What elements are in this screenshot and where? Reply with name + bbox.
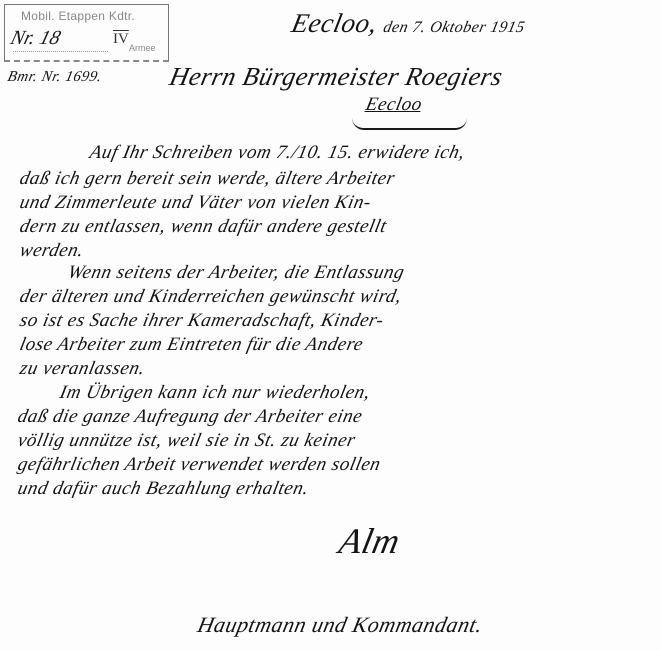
stamp-title: Mobil. Etappen Kdtr. <box>21 9 135 23</box>
body-line: und Zimmerleute und Väter von vielen Kin… <box>18 192 374 214</box>
body-line: zu veranlassen. <box>18 358 147 380</box>
body-line: daß die ganze Aufregung der Arbeiter ein… <box>16 406 365 428</box>
closing-title: Hauptmann und Kommandant. <box>195 612 485 638</box>
body-line: lose Arbeiter zum Eintreten für die Ande… <box>18 334 366 356</box>
signature: Alm <box>336 520 404 562</box>
place: Eecloo, <box>289 8 381 38</box>
body-line: dern zu entlassen, wenn dafür andere ges… <box>18 216 389 238</box>
date: den 7. Oktober 1915 <box>382 19 527 36</box>
underline-flourish <box>352 118 467 130</box>
body-line: völlig unnütze ist, weil sie in St. zu k… <box>16 430 358 452</box>
body-line: und dafür auch Bezahlung erhalten. <box>16 478 311 500</box>
letter-page: Mobil. Etappen Kdtr. Nr. 18 IV Armee Eec… <box>0 0 661 650</box>
body-line: Im Übrigen kann ich nur wiederholen, <box>58 382 373 404</box>
addressee-place: Eecloo <box>364 94 424 116</box>
stamp-number: Nr. 18 <box>8 27 63 50</box>
body-line: Auf Ihr Schreiben vom 7./10. 15. erwider… <box>88 142 467 164</box>
body-line: gefährlichen Arbeit verwendet werden sol… <box>16 454 383 476</box>
stamp-army-label: Armee <box>129 43 156 53</box>
stamp-army-number: IV <box>113 31 129 48</box>
stamp-dotted-rule <box>13 51 108 52</box>
reference-number: Bmr. Nr. 1699. <box>6 64 105 87</box>
body-line: Wenn seitens der Arbeiter, die Entlassun… <box>66 262 407 284</box>
body-line: daß ich gern bereit sein werde, ältere A… <box>18 168 397 190</box>
body-line: der älteren und Kinderreichen gewünscht … <box>18 286 404 308</box>
office-stamp: Mobil. Etappen Kdtr. Nr. 18 IV Armee <box>4 4 169 62</box>
body-line: so ist es Sache ihrer Kameradschaft, Kin… <box>18 310 386 332</box>
addressee: Herrn Bürgermeister Roegiers <box>167 62 506 92</box>
place-date: Eecloo, den 7. Oktober 1915 <box>289 8 529 39</box>
body-line: werden. <box>18 240 86 262</box>
